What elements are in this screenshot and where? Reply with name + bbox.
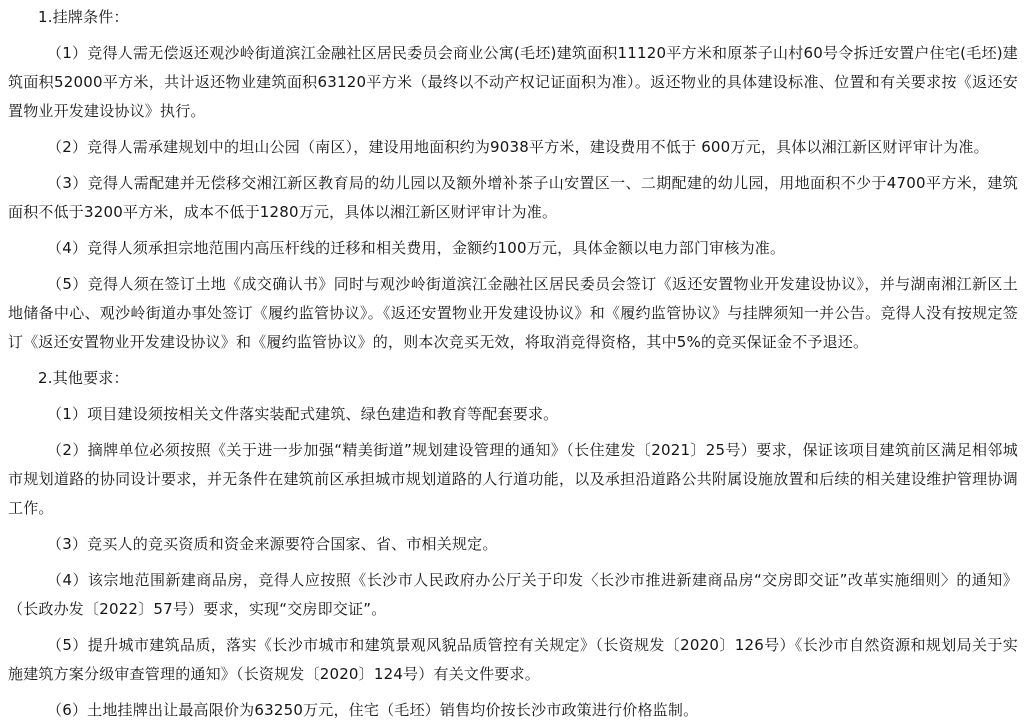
- section-1-condition-2: （2）竞得人需承建规划中的坦山公园（南区），建设用地面积约为9038平方米，建设…: [8, 133, 1018, 162]
- section-2-requirement-4: （4）该宗地范围新建商品房，竞得人应按照《长沙市人民政府办公厅关于印发〈长沙市推…: [8, 566, 1018, 624]
- section-1-heading: 1.挂牌条件：: [8, 3, 1018, 32]
- section-1-condition-5: （5）竞得人须在签订土地《成交确认书》同时与观沙岭街道滨江金融社区居民委员会签订…: [8, 270, 1018, 357]
- section-2-heading: 2.其他要求：: [8, 364, 1018, 393]
- section-1-condition-3: （3）竞得人需配建并无偿移交湘江新区教育局的幼儿园以及额外增补茶子山安置区一、二…: [8, 169, 1018, 227]
- section-2-requirement-1: （1）项目建设须按相关文件落实装配式建筑、绿色建造和教育等配套要求。: [8, 400, 1018, 429]
- document-body: 1.挂牌条件： （1）竞得人需无偿返还观沙岭街道滨江金融社区居民委员会商业公寓(…: [0, 0, 1027, 725]
- section-1-condition-4: （4）竞得人须承担宗地范围内高压杆线的迁移和相关费用，金额约100万元，具体金额…: [8, 234, 1018, 263]
- section-2-requirement-5: （5）提升城市建筑品质，落实《长沙市城市和建筑景观风貌品质管控有关规定》（长资规…: [8, 631, 1018, 689]
- section-1-condition-1: （1）竞得人需无偿返还观沙岭街道滨江金融社区居民委员会商业公寓(毛坯)建筑面积1…: [8, 39, 1018, 126]
- section-2-requirement-3: （3）竞买人的竞买资质和资金来源要符合国家、省、市相关规定。: [8, 530, 1018, 559]
- section-2-requirement-2: （2）摘牌单位必须按照《关于进一步加强“精美街道”规划建设管理的通知》（长住建发…: [8, 436, 1018, 523]
- section-2-requirement-6: （6）土地挂牌出让最高限价为63250万元，住宅（毛坯）销售均价按长沙市政策进行…: [8, 696, 1018, 725]
